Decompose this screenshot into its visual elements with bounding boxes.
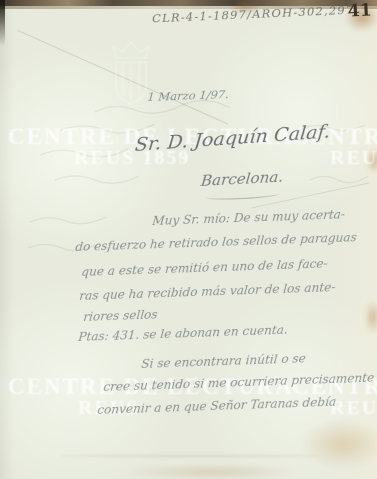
letter-date: 1 Marzo 1/97. bbox=[147, 87, 230, 104]
watermark-subtitle-repeat: REUS bbox=[330, 397, 377, 420]
scan-left-edge bbox=[0, 0, 5, 46]
letter-line: do esfuerzo he retirado los sellos de pa… bbox=[75, 230, 358, 254]
watermark-subtitle-repeat: REUS bbox=[330, 147, 377, 170]
letter-city: Barcelona. bbox=[200, 168, 284, 190]
letter-line: Muy Sr. mío: De su muy acerta- bbox=[152, 207, 346, 228]
underline-flourish bbox=[206, 190, 280, 201]
scanned-letter-page: CENTRE DE LECTURA CENTRE DE REUS 1859 RE… bbox=[0, 0, 377, 479]
paper-stain bbox=[300, 418, 377, 470]
letter-amount-line: Ptas: 431. se le abonan en cuenta. bbox=[78, 323, 289, 344]
folio-number: 41 bbox=[347, 0, 372, 21]
letter-line: Si se encontrara inútil o se bbox=[141, 351, 307, 371]
paper-stain bbox=[120, 464, 300, 479]
paper-crease bbox=[60, 455, 320, 457]
letter-line: que a este se remitió en uno de las face… bbox=[81, 256, 328, 279]
paper-stain bbox=[364, 300, 377, 334]
letter-line: riores sellos bbox=[83, 307, 158, 324]
letter-line: ras que ha recibido más valor de los ant… bbox=[79, 280, 336, 303]
